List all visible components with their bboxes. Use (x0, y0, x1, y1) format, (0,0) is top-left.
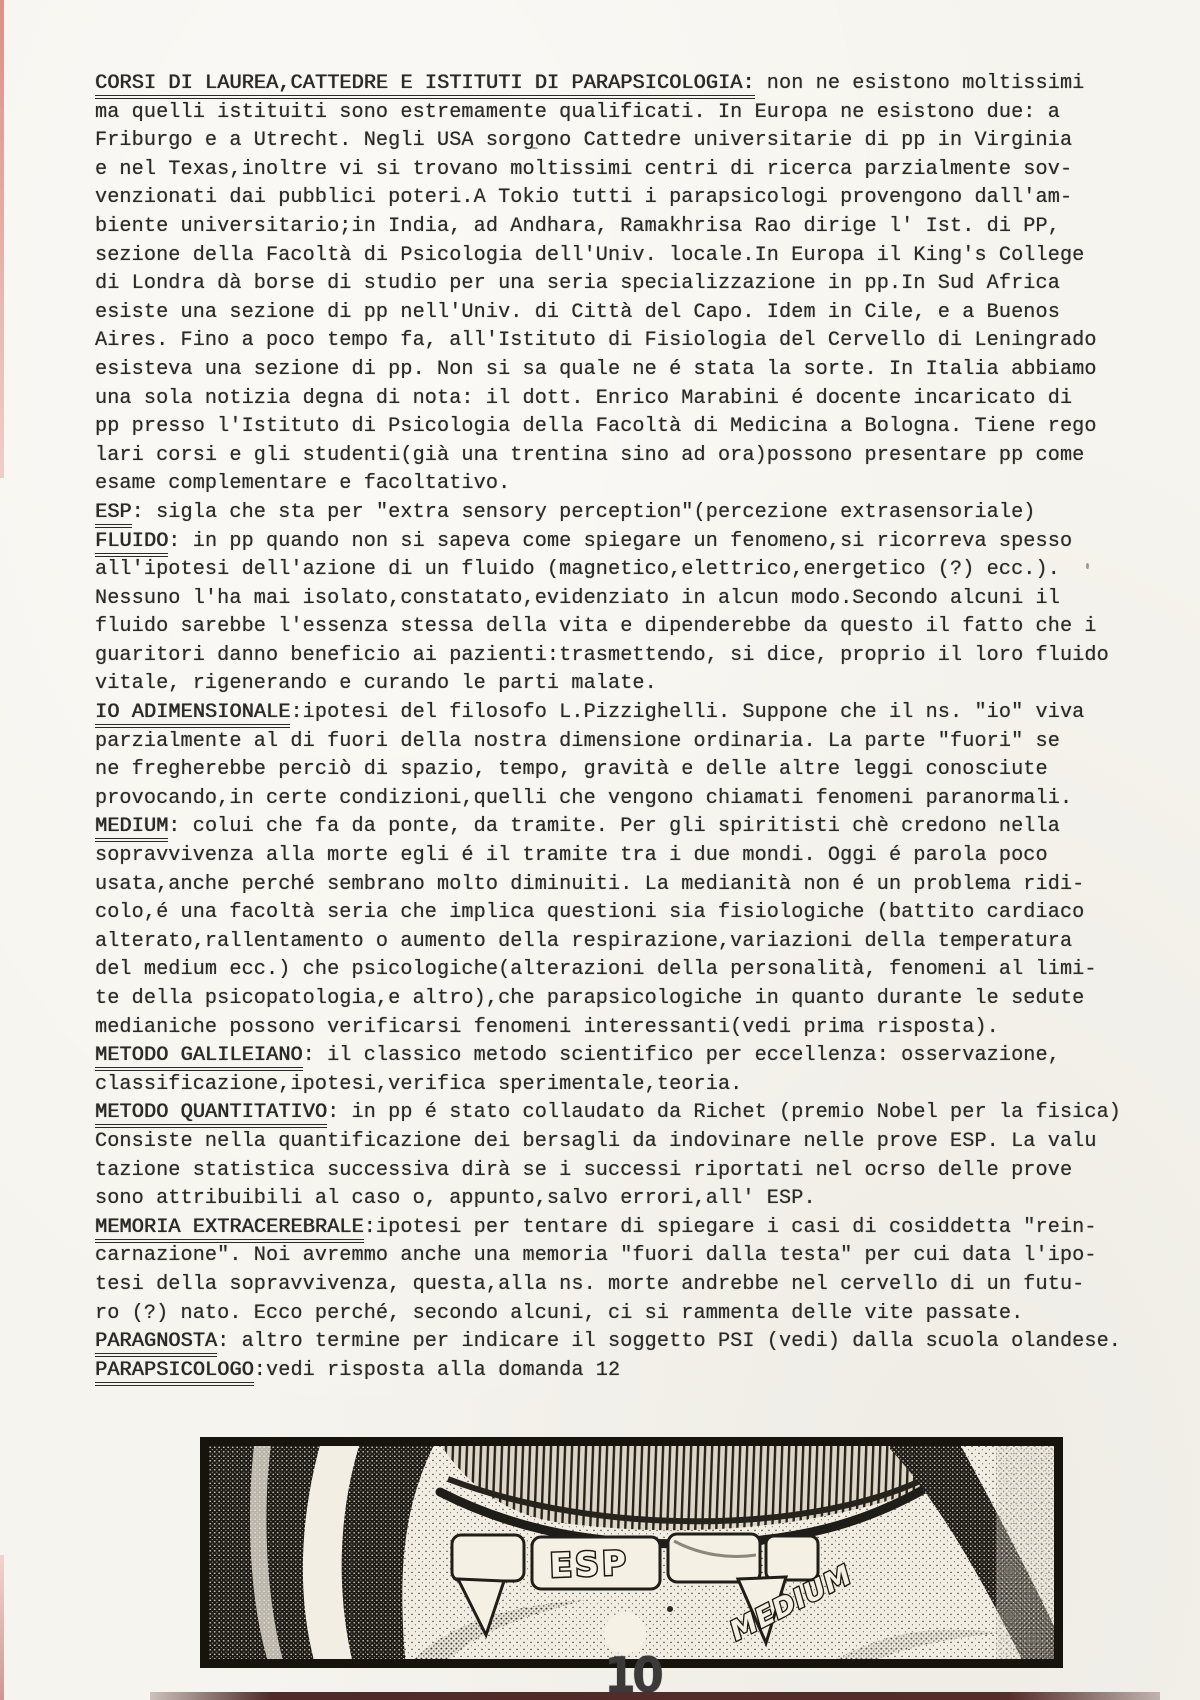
text-line: del medium ecc.) che psicologiche(altera… (95, 956, 1125, 985)
illustration-esp-label: ESP (549, 1543, 630, 1585)
line-text: pp presso l'Istituto di Psicologia della… (95, 415, 1097, 438)
line-text: ma quelli istituiti sono estremamente qu… (95, 101, 1060, 124)
line-text: Consiste nella quantificazione dei bersa… (95, 1130, 1097, 1153)
text-line: sopravvivenza alla morte egli é il trami… (95, 842, 1125, 871)
underlined-term: FLUIDO (95, 530, 168, 557)
line-text: : sigla che sta per "extra sensory perce… (132, 501, 1036, 524)
line-text: esiste una sezione di pp nell'Univ. di C… (95, 301, 1060, 324)
line-text: sezione della Facoltà di Psicologia dell… (95, 244, 1084, 267)
text-line: PARAPSICOLOGO:vedi risposta alla domanda… (95, 1357, 1125, 1386)
underlined-term: PARAGNOSTA (95, 1330, 217, 1357)
underlined-term: METODO QUANTITATIVO (95, 1101, 327, 1128)
text-line: MEMORIA EXTRACEREBRALE:ipotesi per tenta… (95, 1214, 1125, 1243)
text-line: FLUIDO: in pp quando non si sapeva come … (95, 528, 1125, 557)
text-line: usata,anche perché sembrano molto diminu… (95, 871, 1125, 900)
line-text: classificazione,ipotesi,verifica sperime… (95, 1073, 742, 1096)
text-line: parzialmente al di fuori della nostra di… (95, 728, 1125, 757)
line-text: esame complementare e facoltativo. (95, 472, 510, 495)
line-text: fluido sarebbe l'essenza stessa della vi… (95, 615, 1097, 638)
text-line: e nel Texas,inoltre vi si trovano moltis… (95, 156, 1125, 185)
text-line: IO ADIMENSIONALE:ipotesi del filosofo L.… (95, 699, 1125, 728)
text-line: Nessuno l'ha mai isolato,constatato,evid… (95, 585, 1125, 614)
text-line: alterato,rallentamento o aumento della r… (95, 928, 1125, 957)
text-line: una sola notizia degna di nota: il dott.… (95, 385, 1125, 414)
text-line: sono attribuibili al caso o, appunto,sal… (95, 1185, 1125, 1214)
text-line: di Londra dà borse di studio per una ser… (95, 270, 1125, 299)
text-line: fluido sarebbe l'essenza stessa della vi… (95, 613, 1125, 642)
text-line: biente universitario;in India, ad Andhar… (95, 213, 1125, 242)
line-text: : il classico metodo scientifico per ecc… (303, 1044, 1060, 1067)
line-text: all'ipotesi dell'azione di un fluido (ma… (95, 558, 1060, 581)
text-line: lari corsi e gli studenti(già una trenti… (95, 442, 1125, 471)
text-line: guaritori danno beneficio ai pazienti:tr… (95, 642, 1125, 671)
underlined-term: MEDIUM (95, 815, 168, 842)
line-text: Aires. Fino a poco tempo fa, all'Istitut… (95, 329, 1097, 352)
line-text: lari corsi e gli studenti(già una trenti… (95, 444, 1084, 467)
line-text: parzialmente al di fuori della nostra di… (95, 730, 1060, 753)
text-line: esiste una sezione di pp nell'Univ. di C… (95, 299, 1125, 328)
text-line: pp presso l'Istituto di Psicologia della… (95, 413, 1125, 442)
line-text: : colui che fa da ponte, da tramite. Per… (168, 815, 1060, 838)
line-text: : altro termine per indicare il soggetto… (217, 1330, 1121, 1353)
line-text: provocando,in certe condizioni,quelli ch… (95, 787, 1072, 810)
line-text: di Londra dà borse di studio per una ser… (95, 272, 1060, 295)
text-line: Friburgo e a Utrecht. Negli USA sorgono … (95, 127, 1125, 156)
text-line: sezione della Facoltà di Psicologia dell… (95, 242, 1125, 271)
line-text: una sola notizia degna di nota: il dott.… (95, 387, 1072, 410)
line-text: ne fregherebbe perciò di spazio, tempo, … (95, 758, 1048, 781)
line-text: sopravvivenza alla morte egli é il trami… (95, 844, 1048, 867)
text-line: METODO GALILEIANO: il classico metodo sc… (95, 1042, 1125, 1071)
line-text: medianiche possono verificarsi fenomeni … (95, 1016, 999, 1039)
line-text: e nel Texas,inoltre vi si trovano moltis… (95, 158, 1072, 181)
text-line: esisteva una sezione di pp. Non si sa qu… (95, 356, 1125, 385)
text-line: ne fregherebbe perciò di spazio, tempo, … (95, 756, 1125, 785)
line-text: biente universitario;in India, ad Andhar… (95, 215, 1060, 238)
scan-speck (1086, 563, 1089, 569)
text-line: CORSI DI LAUREA,CATTEDRE E ISTITUTI DI P… (95, 70, 1125, 99)
text-line: ro (?) nato. Ecco perché, secondo alcuni… (95, 1300, 1125, 1329)
scan-edge-mark-left-top (0, 0, 4, 478)
page-number: 10 (604, 1646, 684, 1700)
text-line: vitale, rigenerando e curando le parti m… (95, 670, 1125, 699)
underlined-term: PARAPSICOLOGO (95, 1359, 254, 1386)
line-text: usata,anche perché sembrano molto diminu… (95, 873, 1084, 896)
underlined-term: MEMORIA EXTRACEREBRALE (95, 1216, 364, 1243)
underlined-term: CORSI DI LAUREA,CATTEDRE E ISTITUTI DI P… (95, 72, 755, 99)
text-line: ESP: sigla che sta per "extra sensory pe… (95, 499, 1125, 528)
line-text: carnazione". Noi avremmo anche una memor… (95, 1244, 1097, 1267)
text-line: te della psicopatologia,e altro),che par… (95, 985, 1125, 1014)
line-text: vitale, rigenerando e curando le parti m… (95, 672, 657, 695)
text-line: classificazione,ipotesi,verifica sperime… (95, 1071, 1125, 1100)
mouth-illustration: ESP MEDIUM (200, 1437, 1063, 1668)
line-text: :ipotesi del filosofo L.Pizzighelli. Sup… (290, 701, 1084, 724)
underlined-term: IO ADIMENSIONALE (95, 701, 290, 728)
line-text: : in pp quando non si sapeva come spiega… (168, 530, 1072, 553)
line-text: colo,é una facoltà seria che implica que… (95, 901, 1084, 924)
line-text: esisteva una sezione di pp. Non si sa qu… (95, 358, 1097, 381)
text-line: colo,é una facoltà seria che implica que… (95, 899, 1125, 928)
scanned-document-page: CORSI DI LAUREA,CATTEDRE E ISTITUTI DI P… (0, 0, 1200, 1700)
text-line: medianiche possono verificarsi fenomeni … (95, 1014, 1125, 1043)
text-line: venzionati dai pubblici poteri.A Tokio t… (95, 184, 1125, 213)
text-line: tesi della sopravvivenza, questa,alla ns… (95, 1271, 1125, 1300)
line-text: tazione statistica successiva dirà se i … (95, 1159, 1072, 1182)
underlined-term: ESP (95, 501, 132, 528)
line-text: guaritori danno beneficio ai pazienti:tr… (95, 644, 1109, 667)
line-text: venzionati dai pubblici poteri.A Tokio t… (95, 186, 1072, 209)
line-text: sono attribuibili al caso o, appunto,sal… (95, 1187, 816, 1210)
text-line: Consiste nella quantificazione dei bersa… (95, 1128, 1125, 1157)
line-text: del medium ecc.) che psicologiche(altera… (95, 958, 1097, 981)
text-line: MEDIUM: colui che fa da ponte, da tramit… (95, 813, 1125, 842)
line-text: alterato,rallentamento o aumento della r… (95, 930, 1072, 953)
line-text: non ne esistono moltissimi (755, 72, 1085, 95)
underlined-term: METODO GALILEIANO (95, 1044, 303, 1071)
text-line: provocando,in certe condizioni,quelli ch… (95, 785, 1125, 814)
line-text: : in pp é stato collaudato da Richet (pr… (327, 1101, 1121, 1124)
line-text: Nessuno l'ha mai isolato,constatato,evid… (95, 587, 1060, 610)
text-line: PARAGNOSTA: altro termine per indicare i… (95, 1328, 1125, 1357)
body-text: CORSI DI LAUREA,CATTEDRE E ISTITUTI DI P… (95, 70, 1125, 1385)
line-text: :vedi risposta alla domanda 12 (254, 1359, 620, 1382)
text-line: Aires. Fino a poco tempo fa, all'Istitut… (95, 327, 1125, 356)
line-text: te della psicopatologia,e altro),che par… (95, 987, 1084, 1010)
line-text: ro (?) nato. Ecco perché, secondo alcuni… (95, 1302, 1023, 1325)
line-text: tesi della sopravvivenza, questa,alla ns… (95, 1273, 1084, 1296)
text-line: esame complementare e facoltativo. (95, 470, 1125, 499)
scan-edge-mark-left-bottom (0, 1555, 4, 1700)
line-text: :ipotesi per tentare di spiegare i casi … (364, 1216, 1097, 1239)
text-line: carnazione". Noi avremmo anche una memor… (95, 1242, 1125, 1271)
mouth-illustration-svg: ESP MEDIUM (200, 1437, 1063, 1668)
text-line: ma quelli istituiti sono estremamente qu… (95, 99, 1125, 128)
text-line: METODO QUANTITATIVO: in pp é stato colla… (95, 1099, 1125, 1128)
line-text: Friburgo e a Utrecht. Negli USA sorgono … (95, 129, 1072, 152)
text-line: all'ipotesi dell'azione di un fluido (ma… (95, 556, 1125, 585)
text-line: tazione statistica successiva dirà se i … (95, 1157, 1125, 1186)
